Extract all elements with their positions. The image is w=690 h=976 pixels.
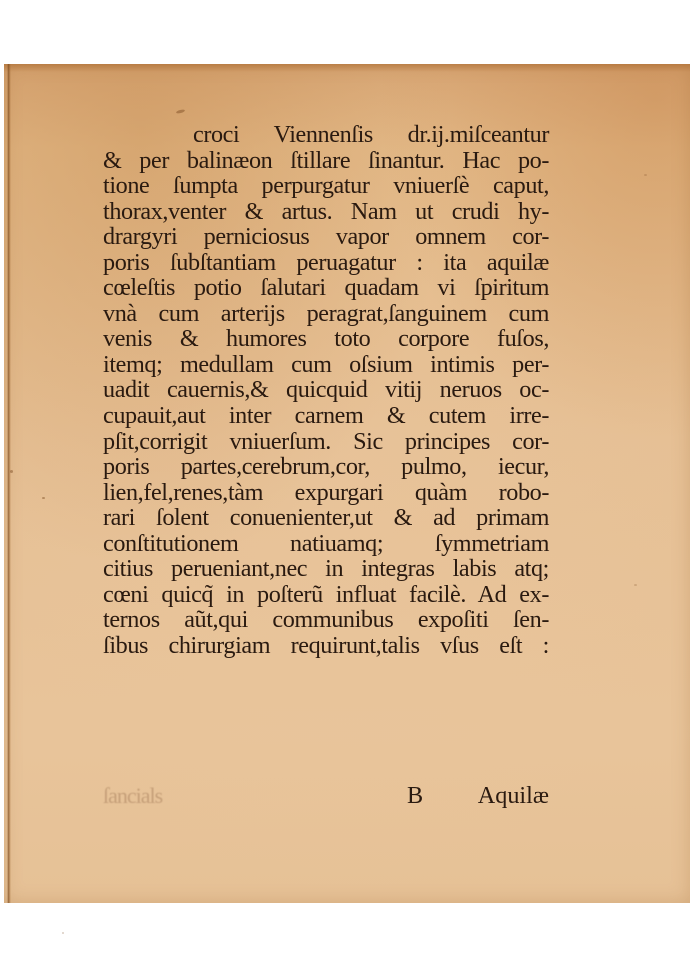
text-line: drargyri perniciosus vapor omnem cor-	[103, 224, 549, 250]
text-line: poris ſubſtantiam peruagatur : ita aquil…	[103, 250, 549, 276]
body-text: croci Viennenſis dr.ij.miſceantur & per …	[103, 122, 549, 658]
text-line: cupauit,aut inter carnem & cutem irre-	[103, 403, 549, 429]
text-line: cœni quicq̃ in poſterũ influat facilè. A…	[103, 582, 549, 608]
text-line: vnà cum arterijs peragrat,ſanguinem cum	[103, 301, 549, 327]
foxing-spot	[644, 174, 647, 176]
page-footer: ſancials B Aquilæ	[103, 782, 549, 812]
text-line: uadit cauernis,& quicquid vitij neruos o…	[103, 377, 549, 403]
text-line: rari ſolent conuenienter,ut & ad primam	[103, 505, 549, 531]
text-line: poris partes,cerebrum,cor, pulmo, iecur,	[103, 454, 549, 480]
text-line: croci Viennenſis dr.ij.miſceantur	[103, 122, 549, 148]
catchword: Aquilæ	[478, 782, 549, 810]
text-line: venis & humores toto corpore fuſos,	[103, 326, 549, 352]
signature-mark: B	[407, 782, 423, 810]
text-line: itemq; medullam cum oſsium intimis per-	[103, 352, 549, 378]
text-line: pſit,corrigit vniuerſum. Sic principes c…	[103, 429, 549, 455]
foxing-spot	[62, 932, 64, 934]
text-line: conſtitutionem natiuamq; ſymmetriam	[103, 531, 549, 557]
foxing-spot	[634, 584, 637, 586]
foxing-spot	[10, 470, 13, 473]
gutter-shadow	[7, 64, 11, 903]
foxing-spot	[42, 497, 45, 499]
text-line: tione ſumpta perpurgatur vniuerſè caput,	[103, 173, 549, 199]
text-line: cœleſtis potio ſalutari quadam vi ſpirit…	[103, 275, 549, 301]
text-line: ternos aũt,qui communibus expoſiti ſen-	[103, 607, 549, 633]
foxing-spot	[176, 109, 185, 114]
text-line: thorax,venter & artus. Nam ut crudi hy-	[103, 199, 549, 225]
top-edge-stain	[4, 64, 690, 72]
text-line: lien,fel,renes,tàm expurgari quàm robo-	[103, 480, 549, 506]
bleed-through-text: ſancials	[103, 783, 162, 809]
text-line: ſibus chirurgiam requirunt,talis vſus eſ…	[103, 633, 549, 659]
text-line: citius perueniant,nec in integras labis …	[103, 556, 549, 582]
text-line: & per balinæon ſtillare ſinantur. Hac po…	[103, 148, 549, 174]
